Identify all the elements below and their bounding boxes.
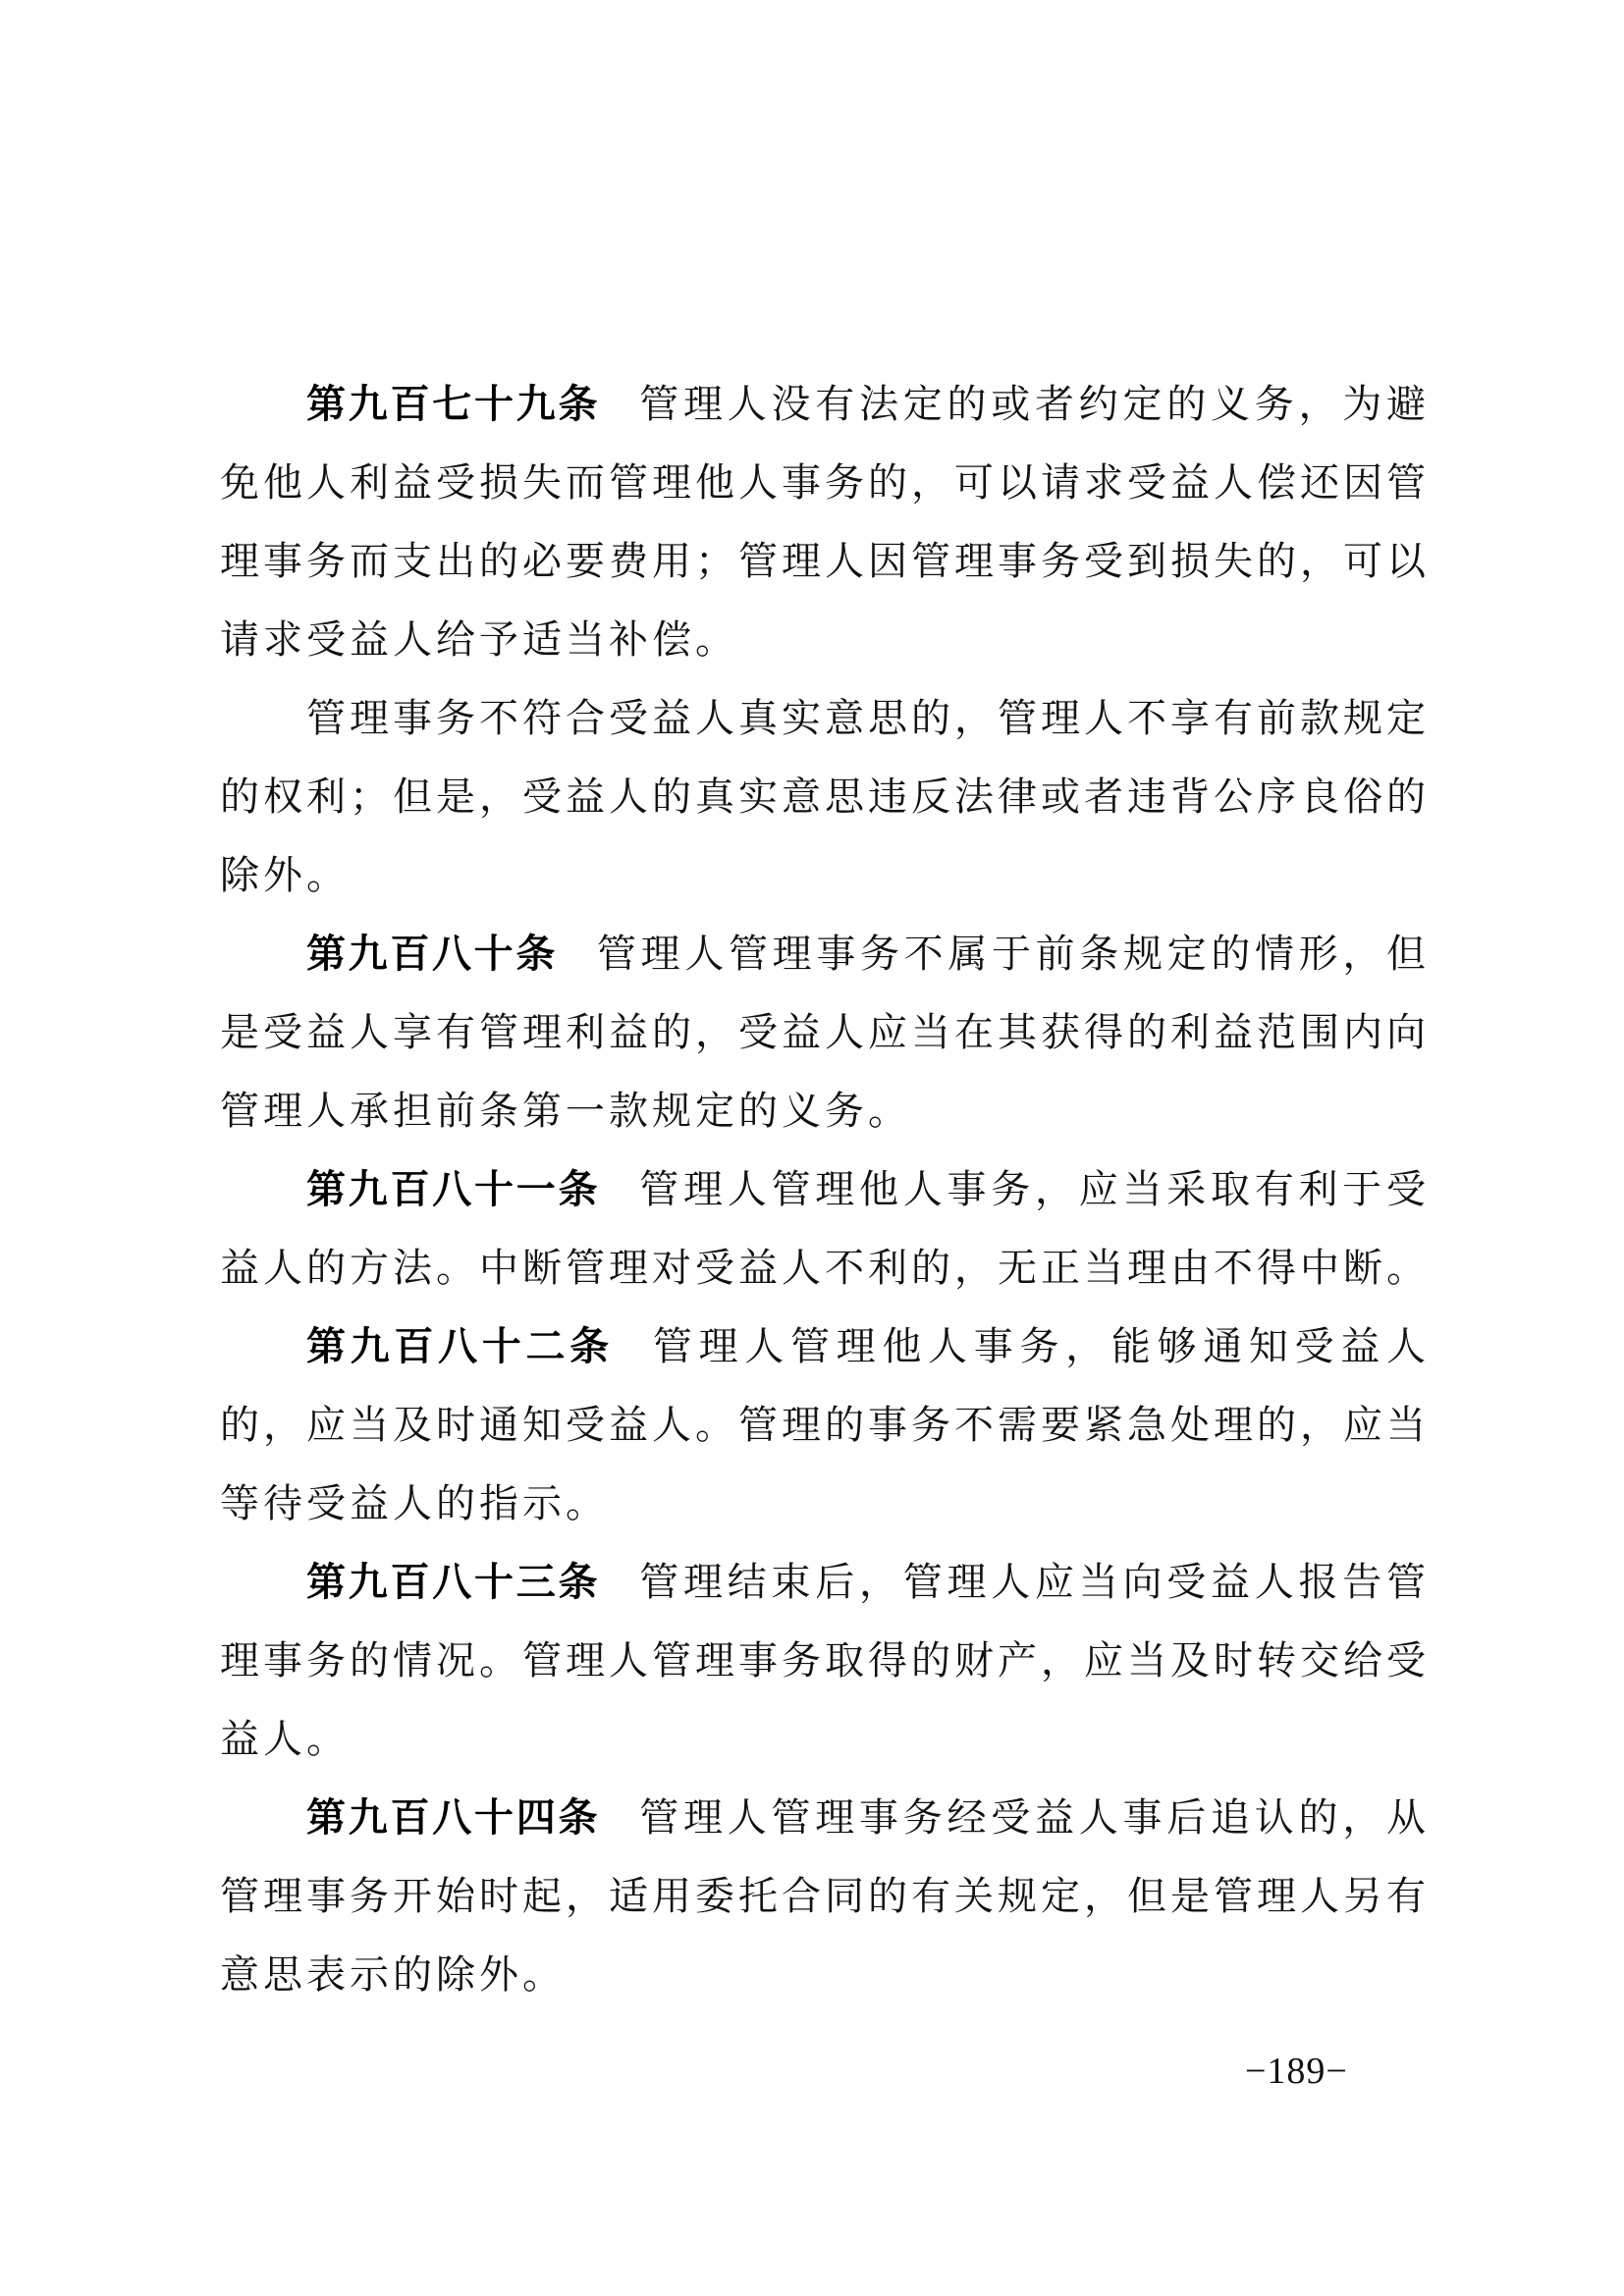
article-979-paragraph-2: 管理事务不符合受益人真实意思的，管理人不享有前款规定的权利；但是，受益人的真实意… bbox=[220, 679, 1430, 915]
article-979-text-2: 管理事务不符合受益人真实意思的，管理人不享有前款规定的权利；但是，受益人的真实意… bbox=[220, 696, 1430, 898]
article-980-paragraph: 第九百八十条管理人管理事务不属于前条规定的情形，但是受益人享有管理利益的，受益人… bbox=[220, 915, 1430, 1150]
article-980-title: 第九百八十条 bbox=[306, 932, 558, 977]
article-984-title: 第九百八十四条 bbox=[306, 1795, 600, 1841]
article-983-paragraph: 第九百八十三条管理结束后，管理人应当向受益人报告管理事务的情况。管理人管理事务取… bbox=[220, 1543, 1430, 1779]
article-984-paragraph: 第九百八十四条管理人管理事务经受益人事后追认的，从管理事务开始时起，适用委托合同… bbox=[220, 1779, 1430, 2014]
article-981-title: 第九百八十一条 bbox=[306, 1167, 600, 1212]
article-982-paragraph: 第九百八十二条管理人管理他人事务，能够通知受益人的，应当及时通知受益人。管理的事… bbox=[220, 1308, 1430, 1543]
article-979-title: 第九百七十九条 bbox=[306, 382, 600, 427]
article-982-title: 第九百八十二条 bbox=[306, 1324, 614, 1369]
article-983-title: 第九百八十三条 bbox=[306, 1560, 600, 1605]
article-981-paragraph: 第九百八十一条管理人管理他人事务，应当采取有利于受益人的方法。中断管理对受益人不… bbox=[220, 1150, 1430, 1308]
page-number: −189− bbox=[1245, 2050, 1348, 2093]
document-page: 第九百七十九条管理人没有法定的或者约定的义务，为避免他人利益受损失而管理他人事务… bbox=[220, 365, 1430, 2014]
article-979-paragraph-1: 第九百七十九条管理人没有法定的或者约定的义务，为避免他人利益受损失而管理他人事务… bbox=[220, 365, 1430, 679]
